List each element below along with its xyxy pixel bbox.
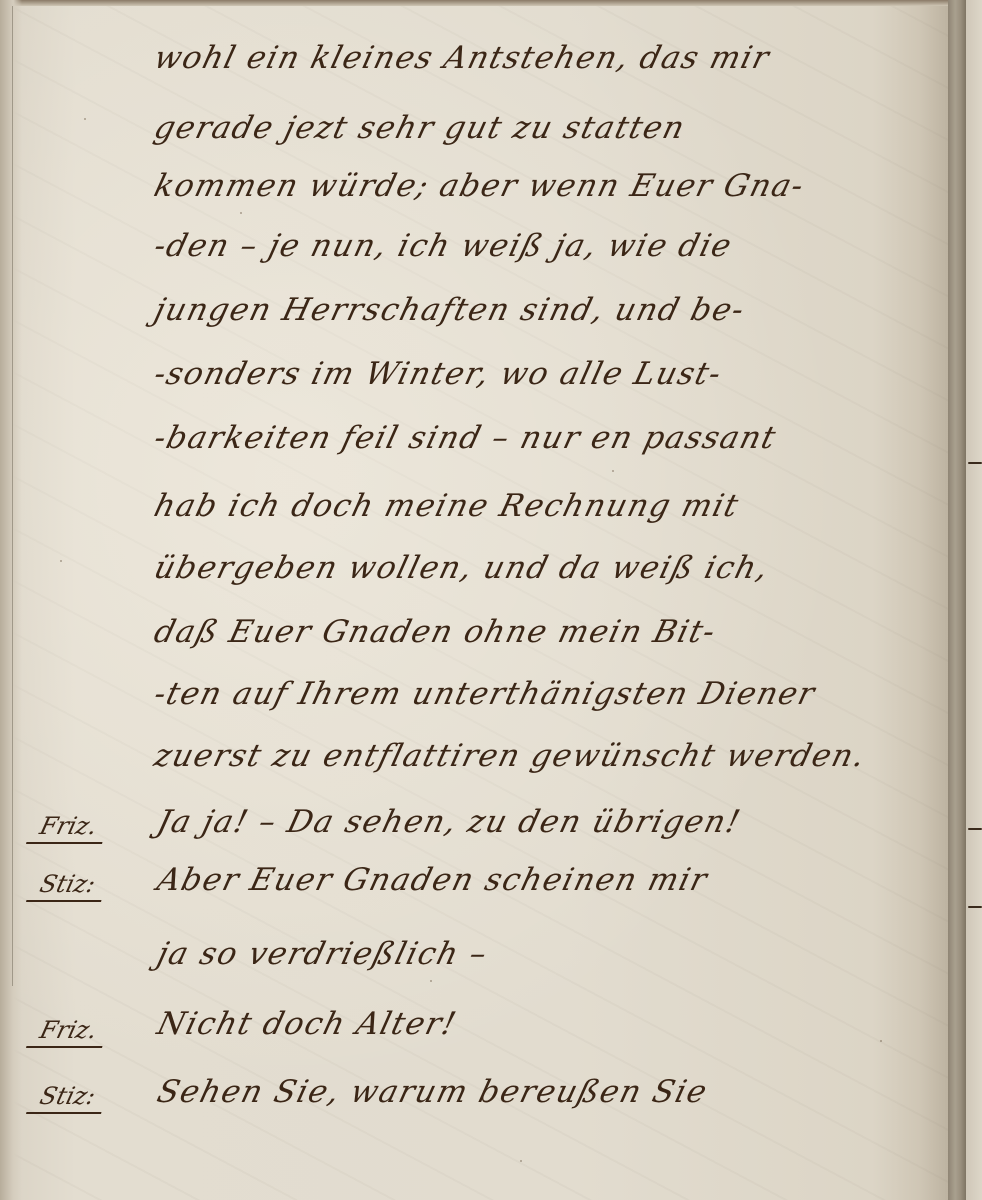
text-line: wohl ein kleines Antstehen, das mir xyxy=(151,40,774,76)
speaker-label: Stiz: xyxy=(26,1082,108,1114)
speech-line: Ja ja! – Da sehen, zu den übrigen! xyxy=(154,804,745,840)
manuscript-page: wohl ein kleines Antstehen, das mir gera… xyxy=(0,0,948,1200)
adjacent-ink-mark xyxy=(968,906,982,908)
text-line: zuerst zu entflattiren gewünscht werden. xyxy=(151,738,870,774)
text-line: -den – je nun, ich weiß ja, wie die xyxy=(151,228,737,264)
speech-line: Aber Euer Gnaden scheinen mir xyxy=(154,862,712,898)
page-fold-line xyxy=(12,6,13,986)
text-line: -ten auf Ihrem unterthänigsten Diener xyxy=(151,676,820,712)
binding-gutter xyxy=(948,0,966,1200)
adjacent-ink-mark xyxy=(968,828,982,830)
paper-speck xyxy=(60,560,62,562)
paper-speck xyxy=(880,1040,882,1042)
adjacent-page-edge xyxy=(966,0,982,1200)
paper-speck xyxy=(240,212,242,214)
speech-line: Sehen Sie, warum bereußen Sie xyxy=(154,1074,712,1110)
adjacent-ink-mark xyxy=(968,462,982,464)
speaker-label: Friz. xyxy=(26,812,110,844)
paper-speck xyxy=(84,118,86,120)
text-line: übergeben wollen, und da weiß ich, xyxy=(151,550,773,586)
paper-speck xyxy=(520,1160,522,1162)
page-left-edge xyxy=(0,0,22,1200)
text-line: gerade jezt sehr gut zu statten xyxy=(151,110,690,146)
page-top-edge xyxy=(0,0,948,6)
text-line: kommen würde; aber wenn Euer Gna- xyxy=(151,168,809,204)
speech-line: ja so verdrießlich – xyxy=(154,936,492,972)
speaker-label: Stiz: xyxy=(26,870,108,902)
text-line: -barkeiten feil sind – nur en passant xyxy=(151,420,781,456)
speaker-label: Friz. xyxy=(26,1016,110,1048)
text-line: -sonders im Winter, wo alle Lust- xyxy=(151,356,727,392)
speech-line: Nicht doch Alter! xyxy=(154,1006,461,1042)
paper-speck xyxy=(612,470,614,472)
text-line: hab ich doch meine Rechnung mit xyxy=(151,488,744,524)
paper-speck xyxy=(430,980,432,982)
text-line: daß Euer Gnaden ohne mein Bit- xyxy=(151,614,721,650)
text-line: jungen Herrschaften sind, und be- xyxy=(151,292,750,328)
